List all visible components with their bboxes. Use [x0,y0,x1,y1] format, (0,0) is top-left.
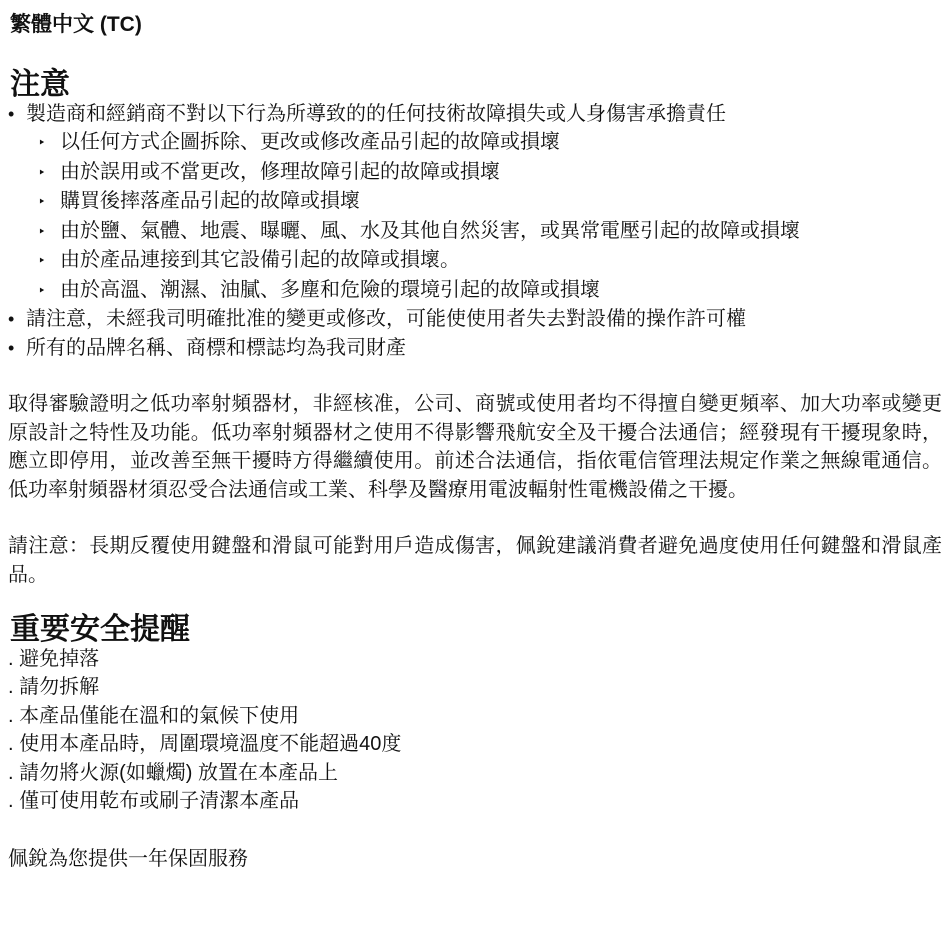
notice-sub-item: ‣ 由於誤用或不當更改，修理故障引起的故障或損壞 [38,158,942,188]
safety-item: . 本產品僅能在溫和的氣候下使用 [8,702,942,731]
notice-item-text: 請注意，未經我司明確批准的變更或修改，可能使使用者失去對設備的操作許可權 [26,305,942,334]
document-title: 繁體中文 (TC) [10,10,942,40]
notice-sub-item-text: 由於誤用或不當更改，修理故障引起的故障或損壞 [60,158,942,187]
safety-item: . 請勿將火源(如蠟燭) 放置在本產品上 [8,759,942,788]
notice-item-liability: • 製造商和經銷商不對以下行為所導致的的任何技術故障損失或人身傷害承擔責任 [8,100,942,129]
safety-heading: 重要安全提醒 [10,616,942,645]
triangle-bullet-icon: ‣ [38,217,60,247]
notice-sub-item: ‣ 由於高溫、潮濕、油膩、多塵和危險的環境引起的故障或損壞 [38,276,942,306]
notice-sub-item: ‣ 由於鹽、氣體、地震、曝曬、風、水及其他自然災害，或異常電壓引起的故障或損壞 [38,217,942,247]
safety-item: . 請勿拆解 [8,673,942,702]
triangle-bullet-icon: ‣ [38,128,60,158]
triangle-bullet-icon: ‣ [38,276,60,306]
notice-sub-list: ‣ 以任何方式企圖拆除、更改或修改產品引起的故障或損壞 ‣ 由於誤用或不當更改，… [8,128,942,305]
notice-list-continued: • 請注意，未經我司明確批准的變更或修改，可能使使用者失去對設備的操作許可權 •… [8,305,942,362]
bullet-icon: • [8,334,26,363]
notice-item-trademark: • 所有的品牌名稱、商標和標誌均為我司財產 [8,334,942,363]
triangle-bullet-icon: ‣ [38,246,60,276]
notice-sub-item: ‣ 以任何方式企圖拆除、更改或修改產品引起的故障或損壞 [38,128,942,158]
notice-item-text: 製造商和經銷商不對以下行為所導致的的任何技術故障損失或人身傷害承擔責任 [26,100,942,129]
document-page: { "doc": { "title": "繁體中文 (TC)", "marker… [0,0,950,951]
bullet-icon: • [8,305,26,334]
notice-sub-item-text: 購買後摔落產品引起的故障或損壞 [60,187,942,216]
safety-list: . 避免掉落 . 請勿拆解 . 本產品僅能在溫和的氣候下使用 . 使用本產品時，… [8,645,942,816]
safety-item: . 僅可使用乾布或刷子清潔本產品 [8,787,942,816]
notice-sub-item-text: 由於產品連接到其它設備引起的故障或損壞。 [60,246,942,275]
triangle-bullet-icon: ‣ [38,158,60,188]
notice-item-modification: • 請注意，未經我司明確批准的變更或修改，可能使使用者失去對設備的操作許可權 [8,305,942,334]
notice-item-text: 所有的品牌名稱、商標和標誌均為我司財產 [26,334,942,363]
ncc-regulation-paragraph: 取得審驗證明之低功率射頻器材，非經核准，公司、商號或使用者均不得擅自變更頻率、加… [8,390,942,504]
triangle-bullet-icon: ‣ [38,187,60,217]
safety-item: . 使用本產品時，周圍環境溫度不能超過40度 [8,730,942,759]
notice-sub-item-text: 以任何方式企圖拆除、更改或修改產品引起的故障或損壞 [60,128,942,157]
notice-sub-item-text: 由於高溫、潮濕、油膩、多塵和危險的環境引起的故障或損壞 [60,276,942,305]
notice-list: • 製造商和經銷商不對以下行為所導致的的任何技術故障損失或人身傷害承擔責任 [8,100,942,129]
notice-sub-item: ‣ 購買後摔落產品引起的故障或損壞 [38,187,942,217]
notice-heading: 注意 [10,71,942,100]
warranty-note: 佩銳為您提供一年保固服務 [8,845,942,874]
ergonomics-warning-paragraph: 請注意：長期反覆使用鍵盤和滑鼠可能對用戶造成傷害，佩銳建議消費者避免過度使用任何… [8,532,942,589]
notice-sub-item-text: 由於鹽、氣體、地震、曝曬、風、水及其他自然災害，或異常電壓引起的故障或損壞 [60,217,942,246]
bullet-icon: • [8,100,26,129]
notice-sub-item: ‣ 由於產品連接到其它設備引起的故障或損壞。 [38,246,942,276]
safety-item: . 避免掉落 [8,645,942,674]
